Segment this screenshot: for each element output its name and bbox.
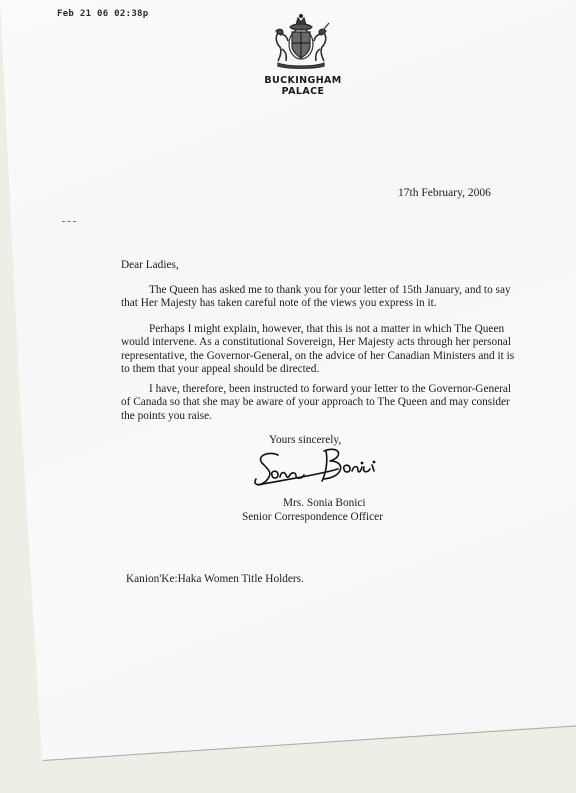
recipient-line: Kanion'Ke:Haka Women Title Holders. xyxy=(126,573,304,585)
paragraph-1: The Queen has asked me to thank you for … xyxy=(121,284,521,311)
scanned-letter: Feb 21 06 02:38p BUCKINGHAM PALACE 17th … xyxy=(0,0,576,793)
letter-date: 17th February, 2006 xyxy=(398,187,491,199)
paragraph-2: Perhaps I might explain, however, that t… xyxy=(121,323,521,377)
handwritten-signature xyxy=(248,445,383,495)
salutation: Dear Ladies, xyxy=(121,259,521,272)
signer-name: Mrs. Sonia Bonici xyxy=(283,497,366,509)
royal-coat-of-arms-icon xyxy=(270,13,332,69)
letterhead-title: BUCKINGHAM PALACE xyxy=(243,75,363,97)
stray-mark xyxy=(62,221,76,223)
paragraph-3: I have, therefore, been instructed to fo… xyxy=(121,383,521,423)
signer-title: Senior Correspondence Officer xyxy=(242,511,383,523)
fax-timestamp: Feb 21 06 02:38p xyxy=(57,9,149,19)
